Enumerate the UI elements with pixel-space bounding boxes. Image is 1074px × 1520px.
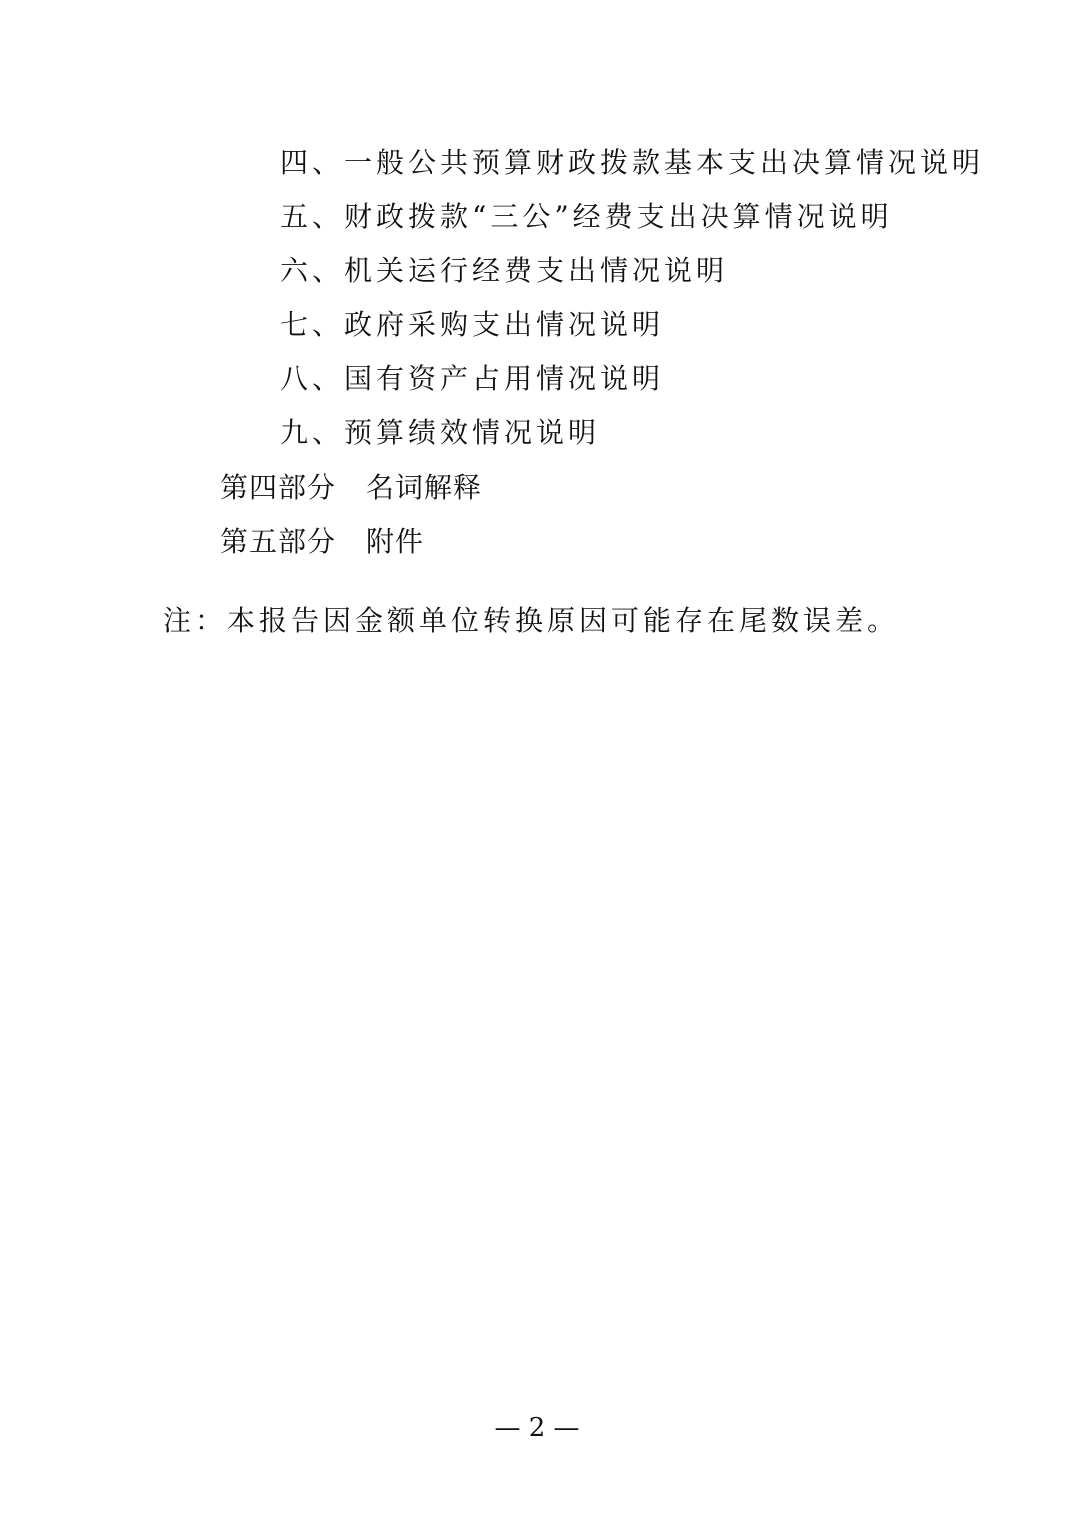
part-title: 附件 xyxy=(366,525,424,558)
rounding-note: 注：本报告因金额单位转换原因可能存在尾数误差。 xyxy=(163,601,899,641)
part-title: 名词解释 xyxy=(366,471,482,504)
toc-item-4: 四、一般公共预算财政拨款基本支出决算情况说明 xyxy=(280,143,984,183)
toc-item-5: 五、财政拨款“三公”经费支出决算情况说明 xyxy=(280,197,893,237)
toc-item-9: 九、预算绩效情况说明 xyxy=(280,413,600,453)
toc-item-8: 八、国有资产占用情况说明 xyxy=(280,359,664,399)
part-number: 第四部分 xyxy=(220,471,336,504)
toc-item-7: 七、政府采购支出情况说明 xyxy=(280,305,664,345)
toc-item-6: 六、机关运行经费支出情况说明 xyxy=(280,251,728,291)
part-number: 第五部分 xyxy=(220,525,336,558)
toc-part-5: 第五部分附件 xyxy=(220,522,424,562)
toc-part-4: 第四部分名词解释 xyxy=(220,468,482,508)
page-number: — 2 — xyxy=(0,1408,1074,1448)
